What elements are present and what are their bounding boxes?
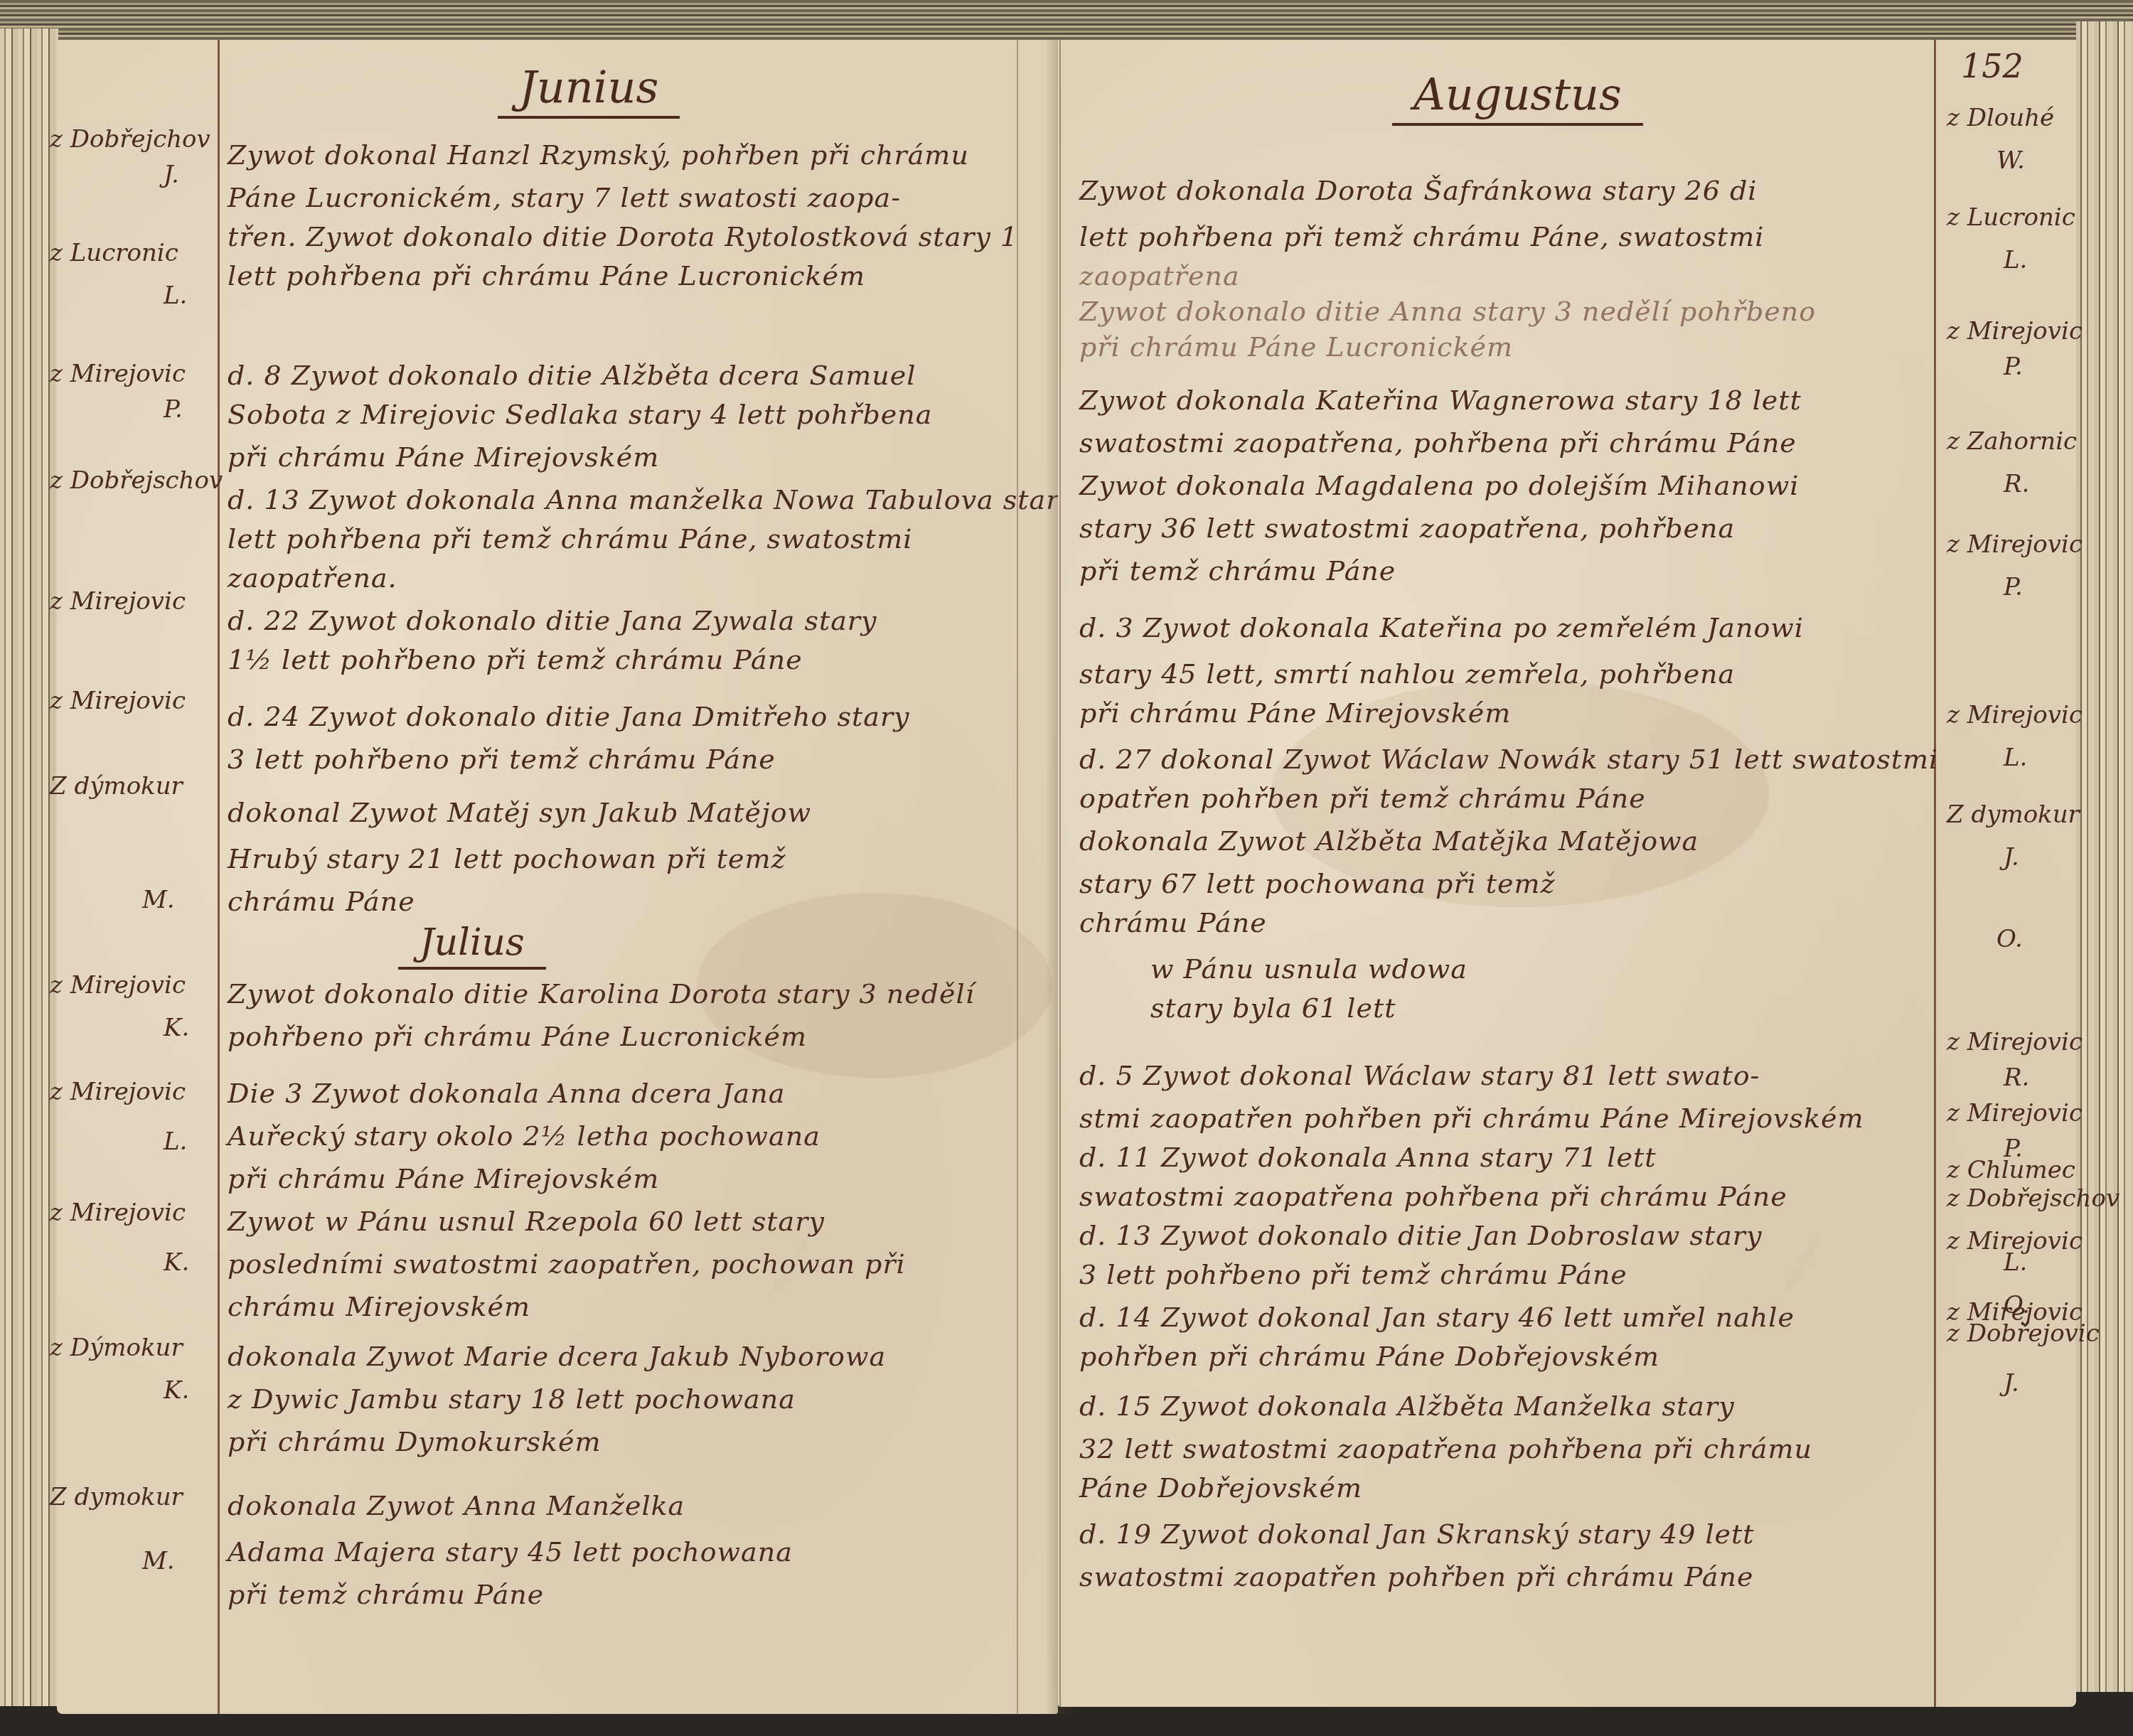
entry-line: při chrámu Páne Lucronickém <box>1079 331 1513 363</box>
margin-village: Z dymokur <box>50 1483 183 1511</box>
margin-initial: P. <box>2004 353 2023 381</box>
entry-line: d. 11 Zywot dokonala Anna stary 71 lett <box>1079 1142 1657 1173</box>
margin-village: z Mirejovic <box>50 1199 186 1227</box>
right-page: 152 Augustus z Dlouhé W. z Lucronic L. z… <box>1058 40 2076 1707</box>
margin-initial: O. <box>2004 1291 2030 1319</box>
entry-line: d. 22 Zywot dokonalo ditie Jana Zywala s… <box>228 605 877 636</box>
entry-line: při temž chrámu Páne <box>1079 555 1396 586</box>
entry-line: Die 3 Zywot dokonala Anna dcera Jana <box>228 1078 785 1109</box>
entry-line: Sobota z Mirejovic Sedlaka stary 4 lett … <box>228 399 932 430</box>
entry-line: swatostmi zaopatřen pohřben při chrámu P… <box>1079 1561 1753 1592</box>
entry-line: při chrámu Páne Mirejovském <box>1079 697 1511 729</box>
entry-line: d. 15 Zywot dokonala Alžběta Manželka st… <box>1079 1391 1735 1422</box>
entry-line: 1½ lett pohřbeno při temž chrámu Páne <box>228 644 803 675</box>
month-heading-augustus: Augustus <box>1392 68 1643 126</box>
right-rule <box>1017 40 1018 1714</box>
entry-line: lett pohřbena při temž chrámu Páne, swat… <box>228 523 912 554</box>
month-heading-julius: Julius <box>398 921 546 970</box>
entry-line: lett pohřbena při chrámu Páne Lucronické… <box>228 260 865 291</box>
left-page: Junius Julius z Dobřejchov J. z Lucronic… <box>57 40 1058 1714</box>
margin-initial: O. <box>1996 925 2023 953</box>
margin-initial: J. <box>2004 1369 2019 1398</box>
entry-line: d. 3 Zywot dokonala Kateřina po zemřelém… <box>1079 612 1804 643</box>
margin-village: Z dýmokur <box>50 772 183 800</box>
margin-village: z Mirejovic <box>1947 317 2083 345</box>
margin-village: z Lucronic <box>50 239 178 267</box>
entry-line: při temž chrámu Páne <box>228 1579 544 1610</box>
entry-line: zaopatřena. <box>228 562 397 594</box>
entry-line: d. 8 Zywot dokonalo ditie Alžběta dcera … <box>228 360 916 391</box>
margin-village: z Dýmokur <box>50 1334 183 1362</box>
margin-initial: K. <box>164 1376 189 1405</box>
margin-village: z Mirejovic <box>1947 1028 2083 1056</box>
entry-line: w Pánu usnula wdowa <box>1150 953 1468 985</box>
entry-line: při chrámu Páne Mirejovském <box>228 441 659 473</box>
margin-rule <box>218 40 220 1714</box>
margin-initial: W. <box>1996 146 2025 175</box>
entry-line: chrámu Páne <box>1079 907 1267 938</box>
entry-line: 3 lett pohřbeno při temž chrámu Páne <box>228 744 776 775</box>
entry-line: stary 45 lett, smrtí nahlou zemřela, poh… <box>1079 658 1735 690</box>
margin-village: z Dlouhé <box>1947 104 2054 132</box>
entry-line: swatostmi zaopatřena pohřbena při chrámu… <box>1079 1181 1787 1212</box>
entry-line: dokonala Zywot Marie dcera Jakub Nyborow… <box>228 1341 886 1372</box>
entry-line: Páne Lucronickém, stary 7 lett swatosti … <box>228 182 901 213</box>
entry-line: Zywot w Pánu usnul Rzepola 60 lett stary <box>228 1206 825 1237</box>
entry-line: stary 67 lett pochowana při temž <box>1079 868 1556 899</box>
margin-initial: L. <box>164 282 187 310</box>
margin-village: z Dobřejchov <box>50 125 210 154</box>
margin-village: z Lucronic <box>1947 203 2075 232</box>
entry-line: d. 13 Zywot dokonala Anna manželka Nowa … <box>228 484 1121 515</box>
entry-line: d. 13 Zywot dokonalo ditie Jan Dobroslaw… <box>1079 1220 1763 1251</box>
margin-village: z Mirejovic <box>50 587 186 616</box>
margin-initial: K. <box>164 1014 189 1042</box>
gutter-rule <box>1059 40 1061 1707</box>
margin-village: z Chlumec <box>1947 1156 2075 1184</box>
entry-line: pohřbeno při chrámu Páne Lucronickém <box>228 1021 807 1052</box>
entry-line: d. 24 Zywot dokonalo ditie Jana Dmitřeho… <box>228 701 910 732</box>
entry-line: lett pohřbena při temž chrámu Páne, swat… <box>1079 221 1764 252</box>
entry-line: 32 lett swatostmi zaopatřena pohřbena př… <box>1079 1433 1812 1464</box>
margin-initial: P. <box>164 395 183 424</box>
margin-village: z Mirejovic <box>1947 701 2083 729</box>
entry-line: Zywot dokonalo ditie Anna stary 3 nedělí… <box>1079 296 1816 327</box>
margin-initial: M. <box>142 1547 175 1575</box>
entry-line: d. 27 dokonal Zywot Wáclaw Nowák stary 5… <box>1079 744 1938 775</box>
margin-initial: L. <box>2004 744 2027 772</box>
margin-village: z Mirejovic <box>1947 1099 2083 1127</box>
margin-village: z Mirejovic <box>50 687 186 715</box>
entry-line: Adama Majera stary 45 lett pochowana <box>228 1536 793 1568</box>
margin-village: z Mirejovic <box>1947 530 2083 559</box>
book-top-edge <box>0 0 2133 43</box>
entry-line: zaopatřena <box>1079 260 1240 291</box>
entry-line: dokonala Zywot Alžběta Matějka Matějowa <box>1079 825 1699 857</box>
margin-initial: L. <box>164 1127 187 1156</box>
margin-village: z Mirejovic <box>50 1078 186 1106</box>
margin-village: Z dymokur <box>1947 800 2080 829</box>
entry-line: chrámu Mirejovském <box>228 1291 530 1322</box>
open-register-book: Junius Julius z Dobřejchov J. z Lucronic… <box>0 0 2133 1736</box>
margin-initial: K. <box>164 1248 189 1277</box>
margin-rule <box>1934 40 1936 1707</box>
entry-line: Zywot dokonal Hanzl Rzymský, pohřben při… <box>228 139 969 171</box>
entry-line: při chrámu Páne Mirejovském <box>228 1163 659 1194</box>
margin-village: z Zahornic <box>1947 427 2077 456</box>
book-left-page-edges <box>0 28 58 1706</box>
entry-line: Auřecký stary okolo 2½ letha pochowana <box>228 1120 820 1152</box>
entry-line: stary byla 61 lett <box>1150 992 1396 1024</box>
margin-initial: M. <box>142 886 175 914</box>
entry-line: opatřen pohřben při temž chrámu Páne <box>1079 783 1646 814</box>
entry-line: Zywot dokonalo ditie Karolina Dorota sta… <box>228 978 975 1009</box>
margin-initial: L. <box>2004 246 2027 274</box>
margin-village: z Dobřejschov <box>1947 1184 2119 1213</box>
margin-initial: J. <box>2004 843 2019 872</box>
entry-line: Páne Dobřejovském <box>1079 1472 1362 1504</box>
entry-line: třen. Zywot dokonalo ditie Dorota Rytolo… <box>228 221 1018 252</box>
margin-village: z Mirejovic <box>50 360 186 388</box>
entry-line: Zywot dokonala Magdalena po dolejším Mih… <box>1079 470 1799 501</box>
entry-line: 3 lett pohřbeno při temž chrámu Páne <box>1079 1259 1627 1290</box>
margin-initial: L. <box>2004 1248 2027 1277</box>
entry-line: Hrubý stary 21 lett pochowan při temž <box>228 843 786 874</box>
entry-line: d. 5 Zywot dokonal Wáclaw stary 81 lett … <box>1079 1060 1760 1091</box>
margin-village: z Mirejovic <box>50 971 186 1000</box>
margin-initial: R. <box>2004 1063 2029 1092</box>
entry-line: pohřben při chrámu Páne Dobřejovském <box>1079 1341 1659 1372</box>
page-number: 152 <box>1961 47 2024 85</box>
margin-village: z Dobřejovic <box>1947 1319 2100 1348</box>
margin-village: z Dobřejschov <box>50 466 223 495</box>
entry-line: Zywot dokonala Dorota Šafránkowa stary 2… <box>1079 175 1757 206</box>
month-heading-junius: Junius <box>498 61 680 119</box>
entry-line: chrámu Páne <box>228 886 415 917</box>
entry-line: d. 14 Zywot dokonal Jan stary 46 lett um… <box>1079 1302 1795 1333</box>
entry-line: swatostmi zaopatřena, pohřbena při chrám… <box>1079 427 1797 459</box>
entry-line: posledními swatostmi zaopatřen, pochowan… <box>228 1248 906 1280</box>
margin-initial: J. <box>164 161 179 189</box>
margin-initial: R. <box>2004 470 2029 498</box>
entry-line: d. 19 Zywot dokonal Jan Skranský stary 4… <box>1079 1518 1755 1550</box>
entry-line: z Dywic Jambu stary 18 lett pochowana <box>228 1383 796 1415</box>
margin-initial: P. <box>2004 573 2023 601</box>
entry-line: při chrámu Dymokurském <box>228 1426 601 1457</box>
book-right-page-edges <box>2076 21 2133 1692</box>
entry-line: stmi zaopatřen pohřben při chrámu Páne M… <box>1079 1103 1864 1134</box>
entry-line: dokonala Zywot Anna Manželka <box>228 1490 685 1521</box>
entry-line: dokonal Zywot Matěj syn Jakub Matějow <box>228 797 811 828</box>
entry-line: stary 36 lett swatostmi zaopatřena, pohř… <box>1079 513 1735 544</box>
entry-line: Zywot dokonala Kateřina Wagnerowa stary … <box>1079 385 1802 416</box>
